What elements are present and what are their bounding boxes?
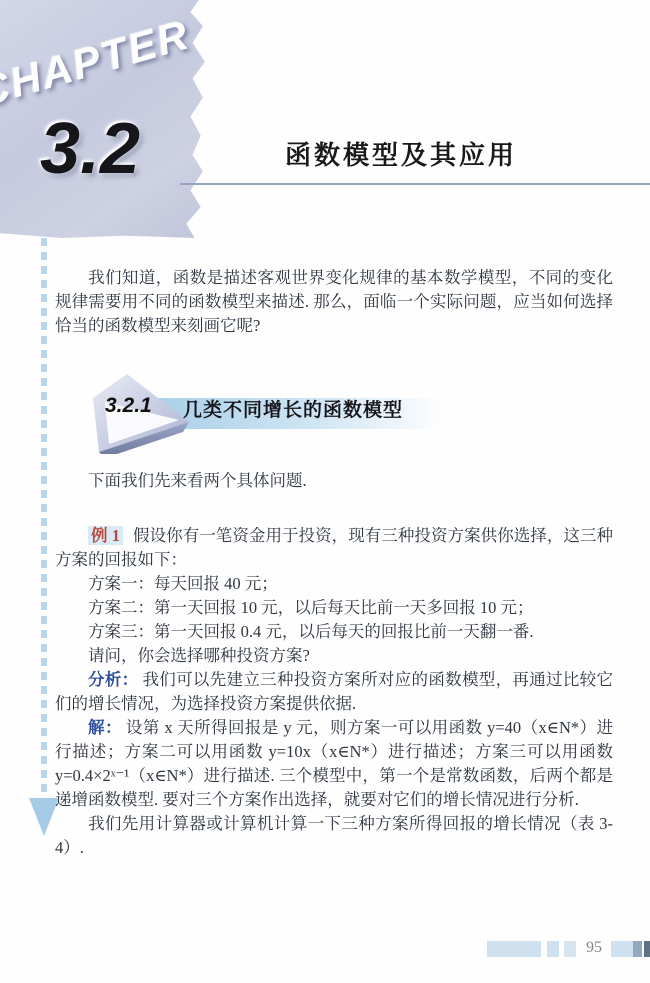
example-badge: 例 1: [88, 526, 123, 545]
intro-paragraph: 我们知道，函数是描述客观世界变化规律的基本数学模型，不同的变化规律需要用不同的函…: [55, 266, 613, 338]
footer-bar-decoration: [487, 941, 541, 957]
solution-paragraph: 解：设第 x 天所得回报是 y 元，则方案一可以用函数 y=40（x∈N*）进行…: [55, 716, 613, 812]
body-content: 我们知道，函数是描述客观世界变化规律的基本数学模型，不同的变化规律需要用不同的函…: [55, 266, 613, 860]
footer-square-decoration: [644, 941, 650, 957]
footer-square-decoration: [633, 941, 642, 957]
example-question: 请问，你会选择哪种投资方案?: [55, 644, 613, 668]
left-dashed-rule: [41, 238, 47, 800]
solution-label: 解：: [88, 718, 122, 737]
title-rule-divider: [180, 183, 650, 185]
example-intro-paragraph: 例 1假设你有一笔资金用于投资，现有三种投资方案供你选择，这三种方案的回报如下：: [55, 524, 613, 572]
solution-text: 设第 x 天所得回报是 y 元，则方案一可以用函数 y=40（x∈N*）进行描述…: [55, 718, 613, 809]
page-number: 95: [581, 939, 607, 957]
chapter-banner: CHAPTER 3 3.2: [0, 0, 207, 238]
footer-square-decoration: [564, 941, 576, 957]
footer-bar-decoration: [611, 941, 633, 957]
subsection-header: 3.2.1 几类不同增长的函数模型: [55, 372, 613, 454]
subsection-number: 3.2.1: [105, 394, 152, 418]
page-title: 函数模型及其应用: [285, 135, 517, 172]
analysis-text: 我们可以先建立三种投资方案所对应的函数模型，再通过比较它们的增长情况，为选择投资…: [55, 670, 613, 713]
example-intro-text: 假设你有一笔资金用于投资，现有三种投资方案供你选择，这三种方案的回报如下：: [55, 526, 613, 569]
textbook-page: CHAPTER 3 3.2 函数模型及其应用 我们知道，函数是描述客观世界变化规…: [0, 0, 650, 983]
section-number: 3.2: [40, 108, 140, 190]
footer-square-decoration: [547, 941, 559, 957]
closing-paragraph: 我们先用计算器或计算机计算一下三种方案所得回报的增长情况（表 3-4）.: [55, 812, 613, 860]
page-footer: 95: [0, 939, 650, 959]
plan-three: 方案三：第一天回报 0.4 元，以后每天的回报比前一天翻一番.: [55, 620, 613, 644]
lead-paragraph: 下面我们先来看两个具体问题.: [55, 469, 613, 493]
plan-two: 方案二：第一天回报 10 元，以后每天比前一天多回报 10 元；: [55, 596, 613, 620]
analysis-paragraph: 分析：我们可以先建立三种投资方案所对应的函数模型，再通过比较它们的增长情况，为选…: [55, 668, 613, 716]
subsection-title: 几类不同增长的函数模型: [183, 399, 403, 423]
analysis-label: 分析：: [88, 670, 138, 689]
plan-one: 方案一：每天回报 40 元；: [55, 572, 613, 596]
chapter-label: CHAPTER 3: [0, 0, 275, 116]
